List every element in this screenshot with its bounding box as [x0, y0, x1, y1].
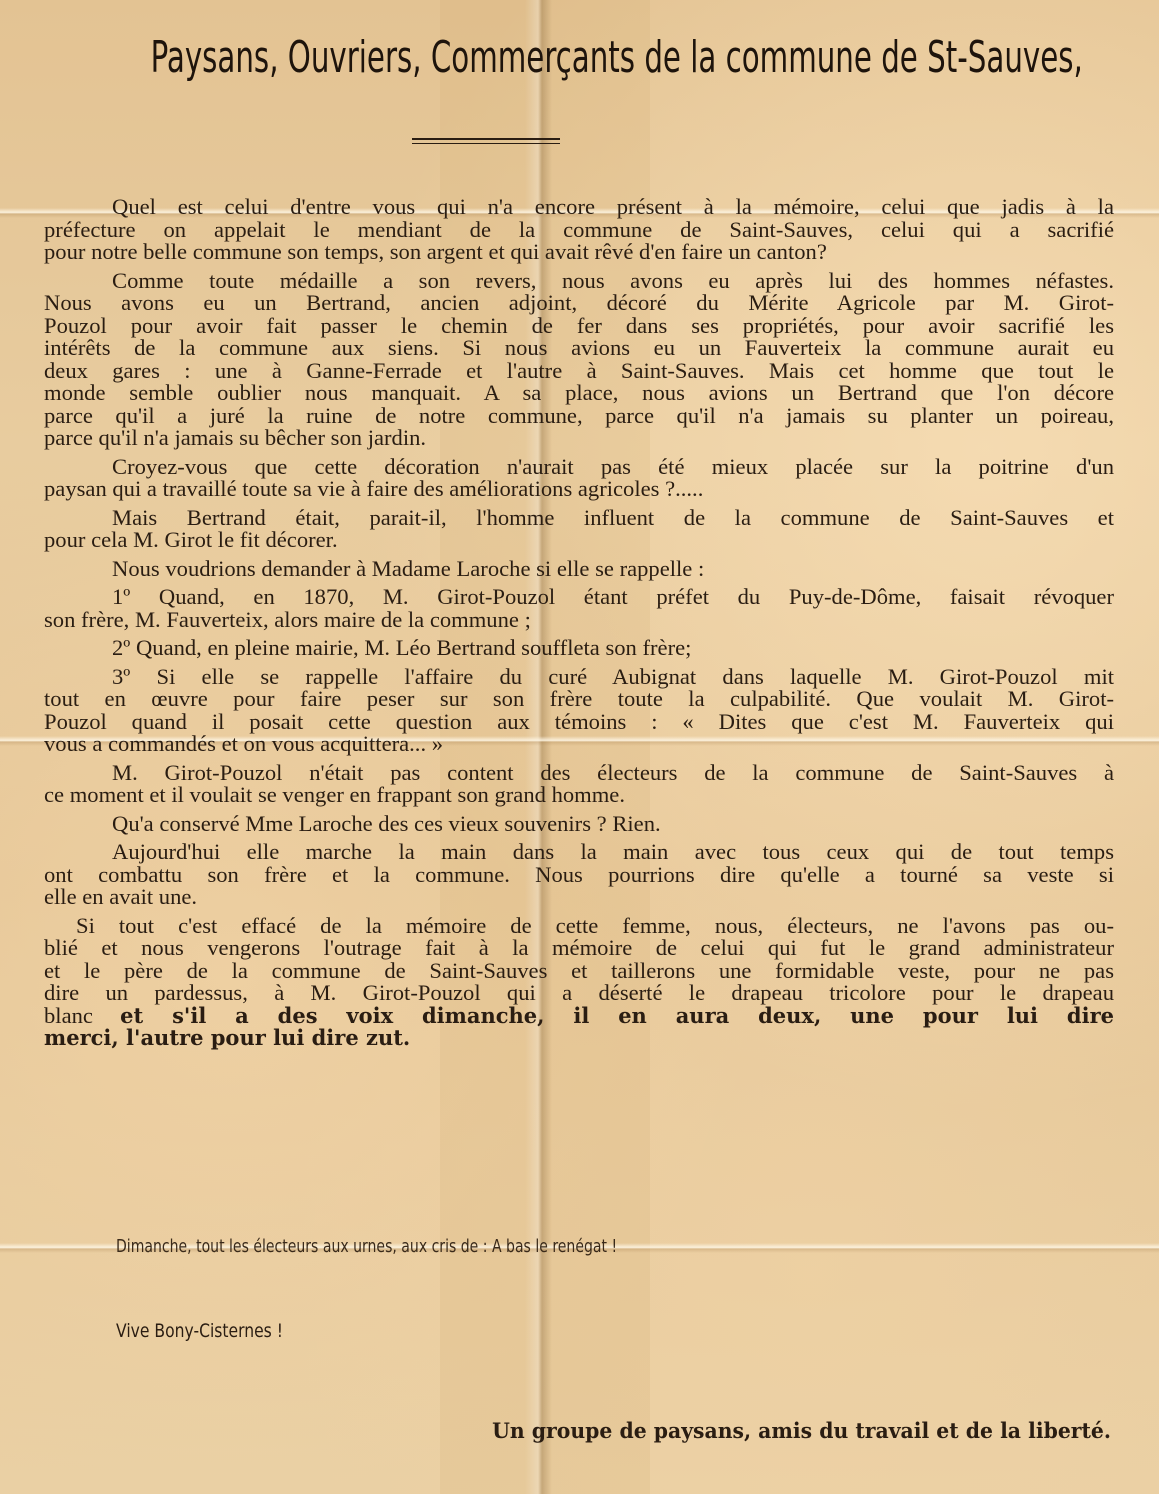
text-line: Nous avons eu un Bertrand, ancien adjoin…	[44, 292, 1114, 315]
text-fragment: blanc	[44, 1003, 120, 1028]
paragraph: Aujourd'hui elle marche la main dans la …	[44, 841, 1114, 909]
text-line: intérêts de la commune aux siens. Si nou…	[44, 337, 1114, 360]
text-line: et le père de la commune de Saint-Sauves…	[44, 960, 1114, 983]
text-line: parce qu'il a juré la ruine de notre com…	[44, 405, 1114, 428]
text-line: paysan qui a travaillé toute sa vie à fa…	[44, 478, 1114, 501]
headline: Paysans, Ouvriers, Commerçants de la com…	[151, 32, 1009, 83]
text-line: Nous voudrions demander à Madame Laroche…	[44, 558, 1114, 581]
text-line: Comme toute médaille a son revers, nous …	[44, 270, 1114, 293]
paragraph: Quel est celui d'entre vous qui n'a enco…	[44, 196, 1114, 264]
leaflet: Paysans, Ouvriers, Commerçants de la com…	[0, 0, 1159, 1494]
text-line: Croyez-vous que cette décoration n'aurai…	[44, 456, 1114, 479]
text-line: elle en avait une.	[44, 886, 1114, 909]
text-line: préfecture on appelait le mendiant de la…	[44, 219, 1114, 242]
paragraph: Si tout c'est effacé de la mémoire de ce…	[44, 915, 1114, 1050]
text-line: Pouzol quand il posait cette question au…	[44, 711, 1114, 734]
text-line: blanc et s'il a des voix dimanche, il en…	[44, 1005, 1114, 1028]
paragraph: 2º Quand, en pleine mairie, M. Léo Bertr…	[44, 637, 1114, 660]
emphasized-text: et s'il a des voix dimanche, il en aura …	[120, 1003, 1114, 1028]
text-line: Si tout c'est effacé de la mémoire de ce…	[44, 915, 1114, 938]
paragraph: Nous voudrions demander à Madame Laroche…	[44, 558, 1114, 581]
text-line: parce qu'il n'a jamais su bêcher son jar…	[44, 427, 1114, 450]
text-line: monde semble oublier nous manquait. A sa…	[44, 382, 1114, 405]
text-line: Aujourd'hui elle marche la main dans la …	[44, 841, 1114, 864]
text-line: ce moment et il voulait se venger en fra…	[44, 784, 1114, 807]
text-line: Pouzol pour avoir fait passer le chemin …	[44, 315, 1114, 338]
emphasized-text: merci, l'autre pour lui dire zut.	[44, 1027, 1114, 1050]
text-line: 2º Quand, en pleine mairie, M. Léo Bertr…	[44, 637, 1114, 660]
paragraph: Qu'a conservé Mme Laroche des ces vieux …	[44, 813, 1114, 836]
text-line: Quel est celui d'entre vous qui n'a enco…	[44, 196, 1114, 219]
text-line: deux gares : une à Ganne-Ferrade et l'au…	[44, 360, 1114, 383]
text-line: dire un pardessus, à M. Girot-Pouzol qui…	[44, 982, 1114, 1005]
closing-call: Dimanche, tout les électeurs aux urnes, …	[116, 1236, 617, 1257]
text-line: ont combattu son frère et la commune. No…	[44, 864, 1114, 887]
text-line: Qu'a conservé Mme Laroche des ces vieux …	[44, 813, 1114, 836]
closing-cheer: Vive Bony-Cisternes !	[116, 1320, 283, 1342]
paragraph: 3º Si elle se rappelle l'affaire du curé…	[44, 666, 1114, 756]
text-line: 3º Si elle se rappelle l'affaire du curé…	[44, 666, 1114, 689]
text-line: Mais Bertrand était, parait-il, l'homme …	[44, 507, 1114, 530]
double-rule-divider	[412, 138, 560, 144]
paragraph: Croyez-vous que cette décoration n'aurai…	[44, 456, 1114, 501]
text-line: M. Girot-Pouzol n'était pas content des …	[44, 762, 1114, 785]
paragraph: 1º Quand, en 1870, M. Girot-Pouzol étant…	[44, 586, 1114, 631]
signature: Un groupe de paysans, amis du travail et…	[492, 1418, 1111, 1443]
text-line: vous a commandés et on vous acquittera..…	[44, 733, 1114, 756]
text-line: 1º Quand, en 1870, M. Girot-Pouzol étant…	[44, 586, 1114, 609]
text-line: blié et nous vengerons l'outrage fait à …	[44, 937, 1114, 960]
text-line: tout en œuvre pour faire peser sur son f…	[44, 688, 1114, 711]
body-text: Quel est celui d'entre vous qui n'a enco…	[44, 196, 1114, 1056]
text-line: pour notre belle commune son temps, son …	[44, 241, 1114, 264]
paragraph: Mais Bertrand était, parait-il, l'homme …	[44, 507, 1114, 552]
text-line: pour cela M. Girot le fit décorer.	[44, 529, 1114, 552]
paragraph: M. Girot-Pouzol n'était pas content des …	[44, 762, 1114, 807]
text-line: son frère, M. Fauverteix, alors maire de…	[44, 609, 1114, 632]
paragraph: Comme toute médaille a son revers, nous …	[44, 270, 1114, 450]
